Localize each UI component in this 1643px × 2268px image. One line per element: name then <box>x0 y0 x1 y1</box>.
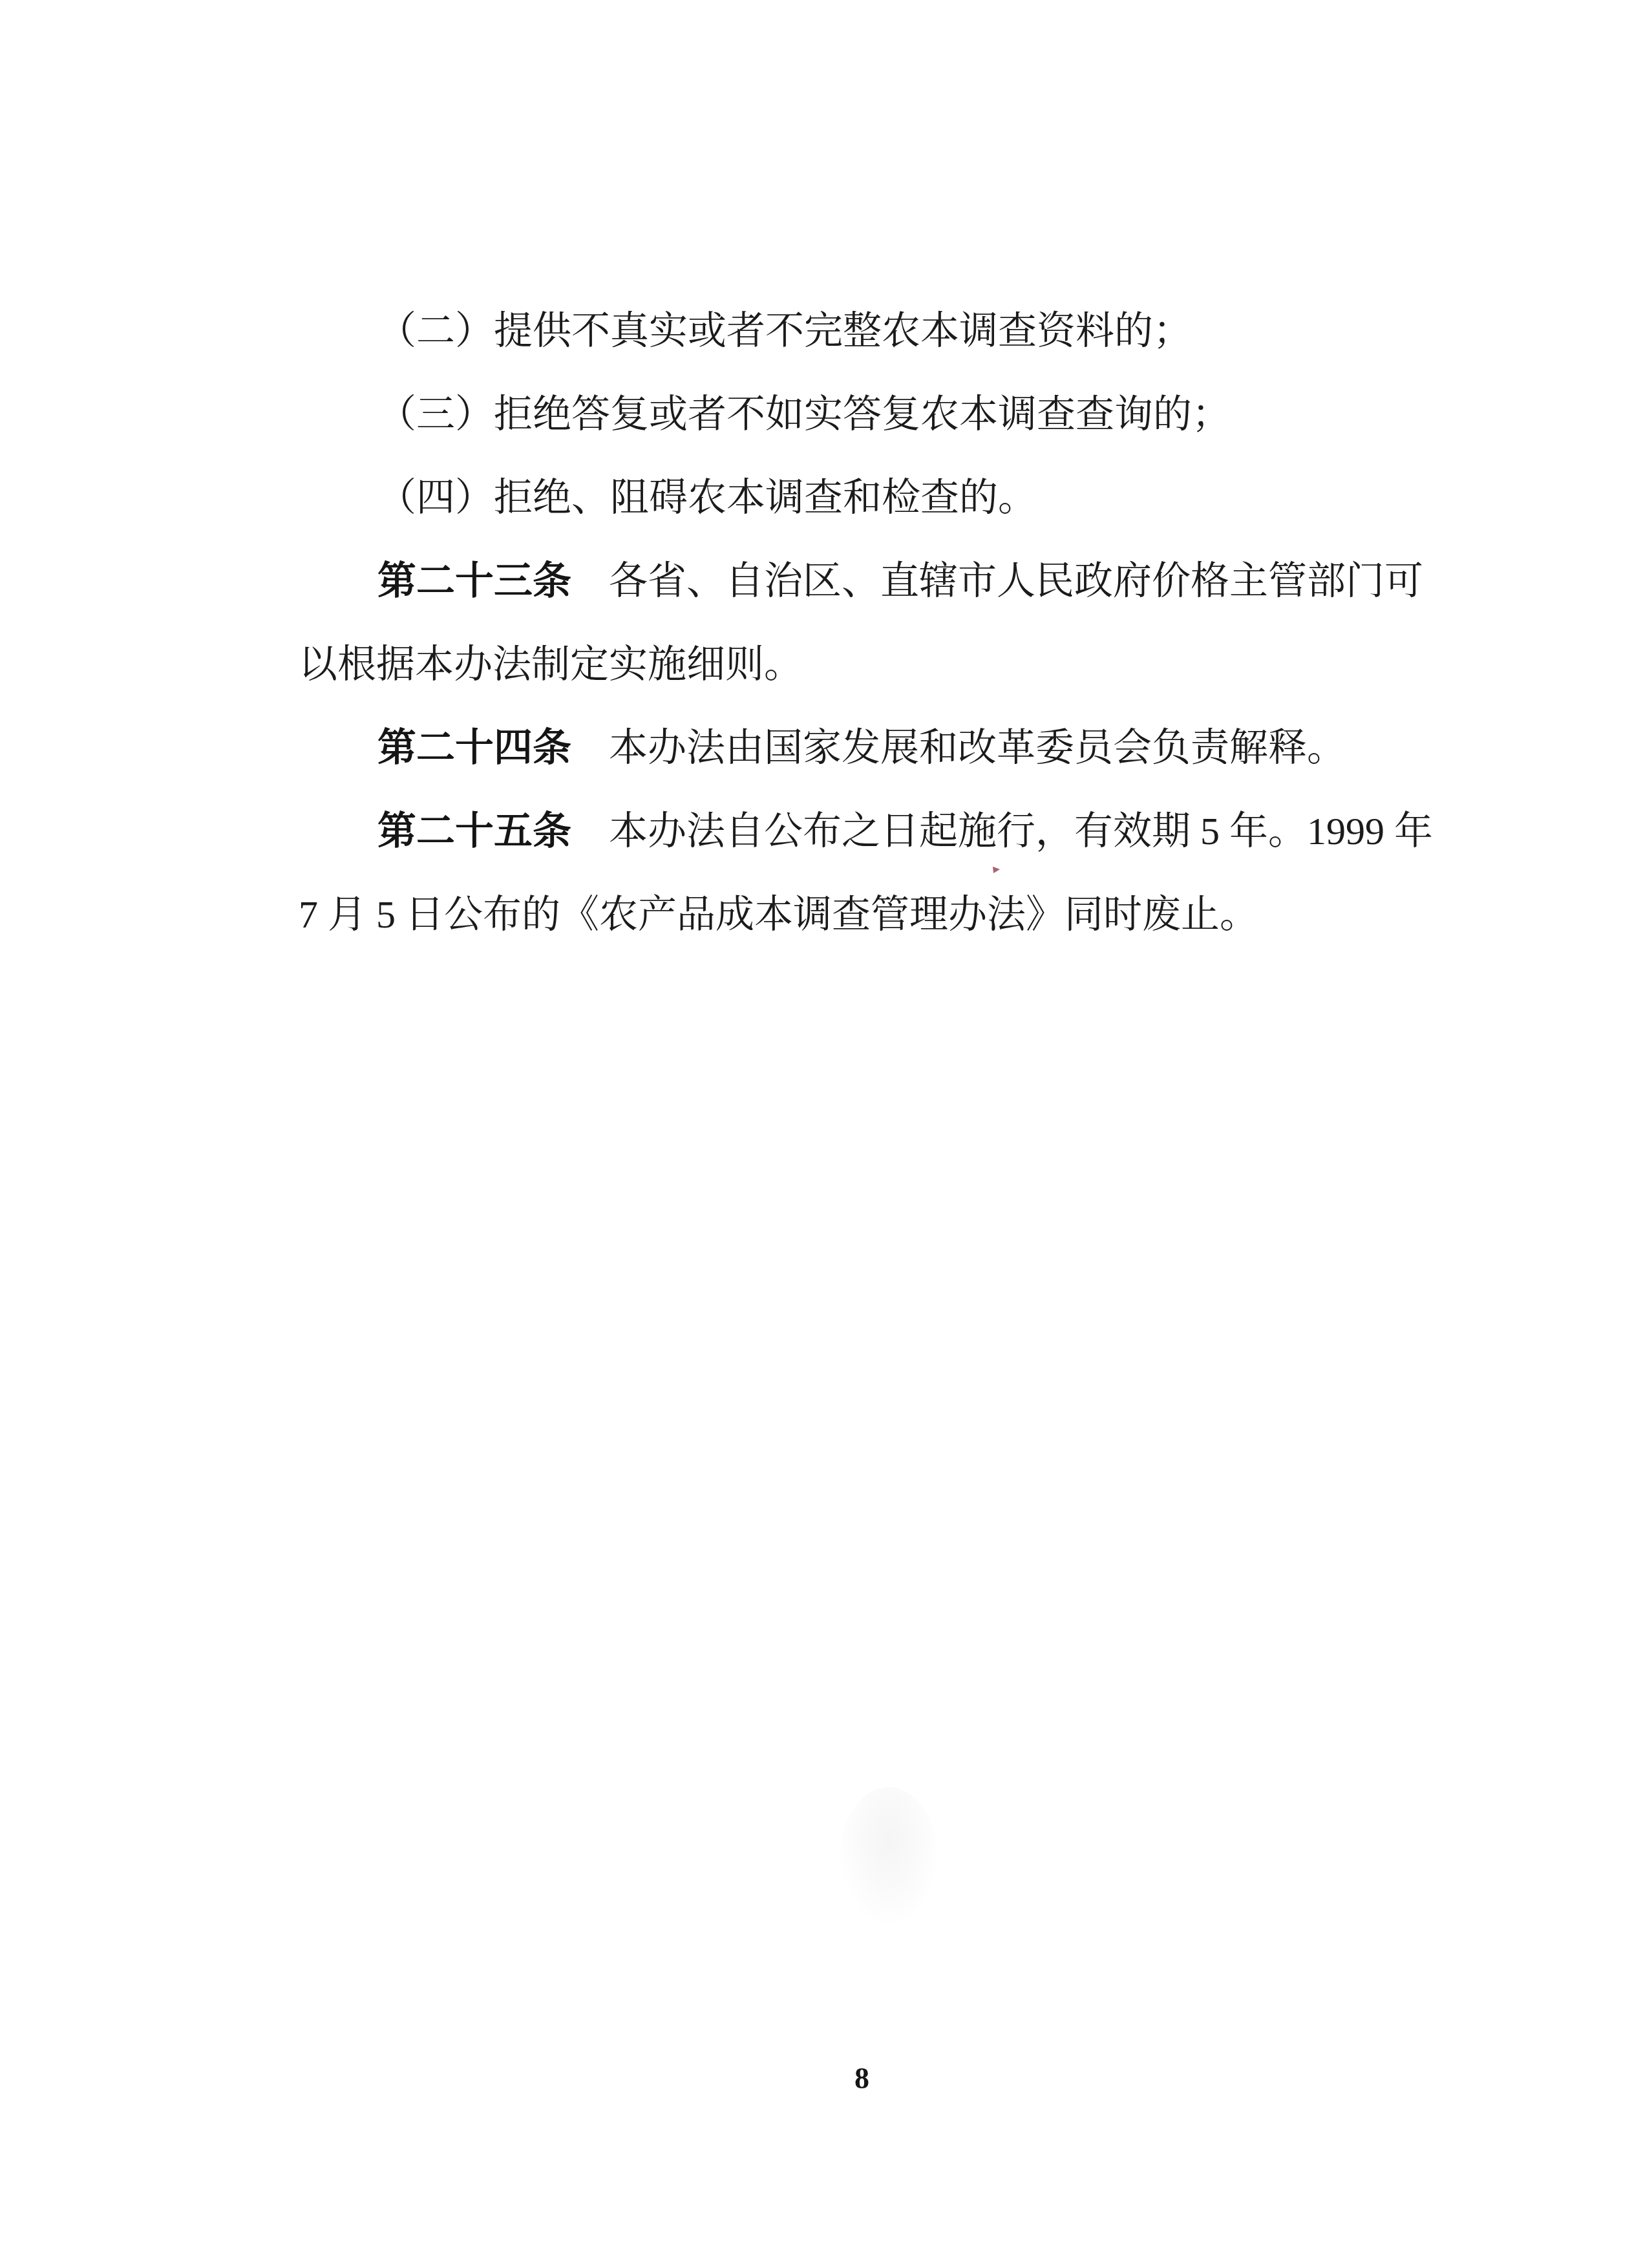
clause-item-3: （三）拒绝答复或者不如实答复农本调查查询的； <box>299 373 1488 456</box>
article-23-text-continued: 以根据本办法制定实施细则。 <box>299 643 803 686</box>
clause-item-3-text: （三）拒绝答复或者不如实答复农本调查查询的； <box>377 393 1231 436</box>
clause-item-4-text: （四）拒绝、阻碍农本调查和检查的。 <box>377 476 1037 519</box>
clause-item-2-text: （二）提供不真实或者不完整农本调查资料的； <box>377 310 1192 352</box>
page-number: 8 <box>854 2059 869 2098</box>
article-25-text: 本办法自公布之日起施行，有效期 5 年。1999 年 <box>609 810 1433 853</box>
article-23-text: 各省、自治区、直辖市人民政府价格主管部门可 <box>609 560 1423 602</box>
article-23-number: 第二十三条 <box>377 560 571 602</box>
document-page: （二）提供不真实或者不完整农本调查资料的； （三）拒绝答复或者不如实答复农本调查… <box>0 0 1643 2268</box>
article-24-text: 本办法由国家发展和改革委员会负责解释。 <box>609 726 1346 769</box>
article-23-line-1: 第二十三条各省、自治区、直辖市人民政府价格主管部门可 <box>299 540 1488 623</box>
article-25-text-continued: 7 月 5 日公布的《农产品成本调查管理办法》同时废止。 <box>299 893 1258 936</box>
clause-item-2: （二）提供不真实或者不完整农本调查资料的； <box>299 290 1488 373</box>
article-24-line: 第二十四条本办法由国家发展和改革委员会负责解释。 <box>299 706 1488 790</box>
article-24-number: 第二十四条 <box>377 726 571 769</box>
article-25-line-1: 第二十五条本办法自公布之日起施行，有效期 5 年。1999 年 <box>299 790 1488 873</box>
scan-smudge <box>840 1787 937 1923</box>
article-23-line-2: 以根据本办法制定实施细则。 <box>299 623 1488 706</box>
article-25-number: 第二十五条 <box>377 810 571 853</box>
clause-item-4: （四）拒绝、阻碍农本调查和检查的。 <box>299 456 1488 540</box>
document-body: （二）提供不真实或者不完整农本调查资料的； （三）拒绝答复或者不如实答复农本调查… <box>299 290 1488 957</box>
article-25-line-2: 7 月 5 日公布的《农产品成本调查管理办法》同时废止。 <box>299 873 1488 957</box>
